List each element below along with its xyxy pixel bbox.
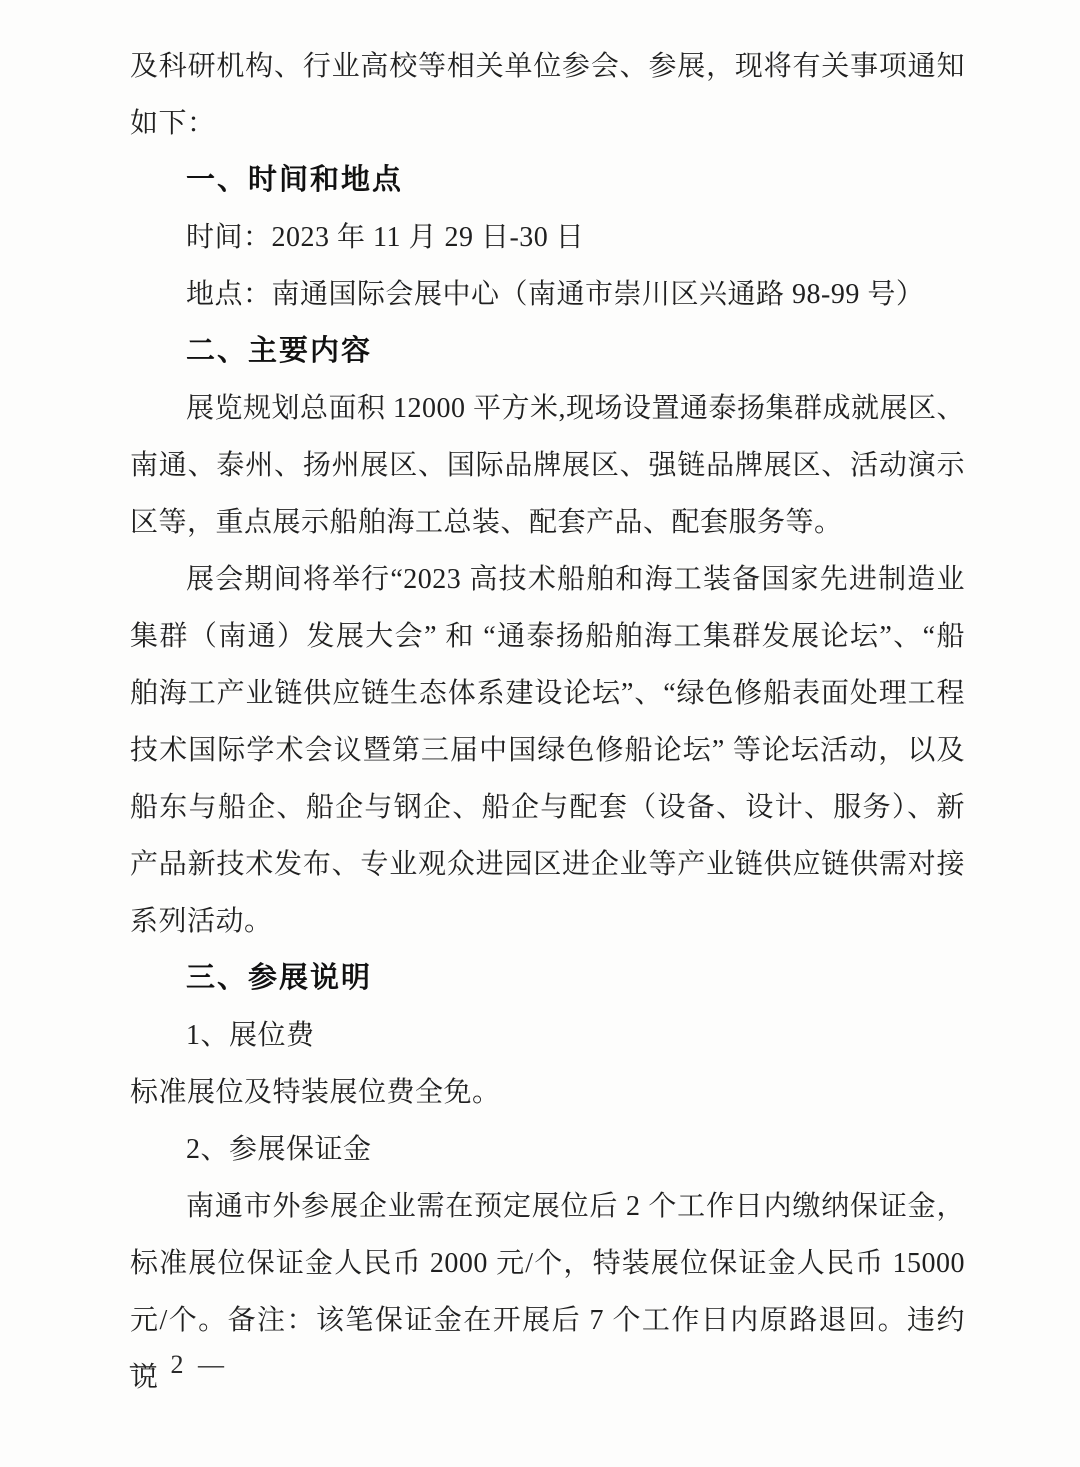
- section-heading: 一、时间和地点: [130, 152, 965, 209]
- body-line: 船东与船企、船企与钢企、船企与配套（设备、设计、服务）、新: [130, 779, 965, 836]
- body-line: 南通、泰州、扬州展区、国际品牌展区、强链品牌展区、活动演示: [130, 437, 965, 494]
- body-line: 产品新技术发布、专业观众进园区进企业等产业链供应链供需对接: [130, 836, 965, 893]
- body-line: 标准展位及特装展位费全免。: [130, 1064, 965, 1121]
- body-line: 南通市外参展企业需在预定展位后 2 个工作日内缴纳保证金，: [130, 1178, 965, 1235]
- body-line: 元/个。备注：该笔保证金在开展后 7 个工作日内原路退回。违约说: [130, 1292, 965, 1349]
- body-line: 及科研机构、行业高校等相关单位参会、参展，现将有关事项通知: [130, 38, 965, 95]
- section-heading: 二、主要内容: [130, 323, 965, 380]
- body-line: 舶海工产业链供应链生态体系建设论坛”、“绿色修船表面处理工程: [130, 665, 965, 722]
- body-line: 集群（南通）发展大会” 和 “通泰扬船舶海工集群发展论坛”、“船: [130, 608, 965, 665]
- body-line: 标准展位保证金人民币 2000 元/个，特装展位保证金人民币 15000: [130, 1235, 965, 1292]
- body-line: 如下：: [130, 95, 965, 152]
- body-line: 系列活动。: [130, 893, 965, 950]
- body-line: 技术国际学术会议暨第三届中国绿色修船论坛” 等论坛活动，以及: [130, 722, 965, 779]
- body-line: 展览规划总面积 12000 平方米,现场设置通泰扬集群成就展区、: [130, 380, 965, 437]
- body-line: 2、参展保证金: [130, 1121, 965, 1178]
- section-heading: 三、参展说明: [130, 950, 965, 1007]
- document-body: 及科研机构、行业高校等相关单位参会、参展，现将有关事项通知如下：一、时间和地点时…: [130, 38, 965, 1349]
- body-line: 时间：2023 年 11 月 29 日-30 日: [130, 209, 965, 266]
- page-number: — 2 —: [130, 1345, 228, 1385]
- body-line: 展会期间将举行“2023 高技术船舶和海工装备国家先进制造业: [130, 551, 965, 608]
- body-line: 1、展位费: [130, 1007, 965, 1064]
- document-page: 及科研机构、行业高校等相关单位参会、参展，现将有关事项通知如下：一、时间和地点时…: [0, 0, 1080, 1467]
- body-line: 区等，重点展示船舶海工总装、配套产品、配套服务等。: [130, 494, 965, 551]
- body-line: 地点：南通国际会展中心（南通市崇川区兴通路 98-99 号）: [130, 266, 965, 323]
